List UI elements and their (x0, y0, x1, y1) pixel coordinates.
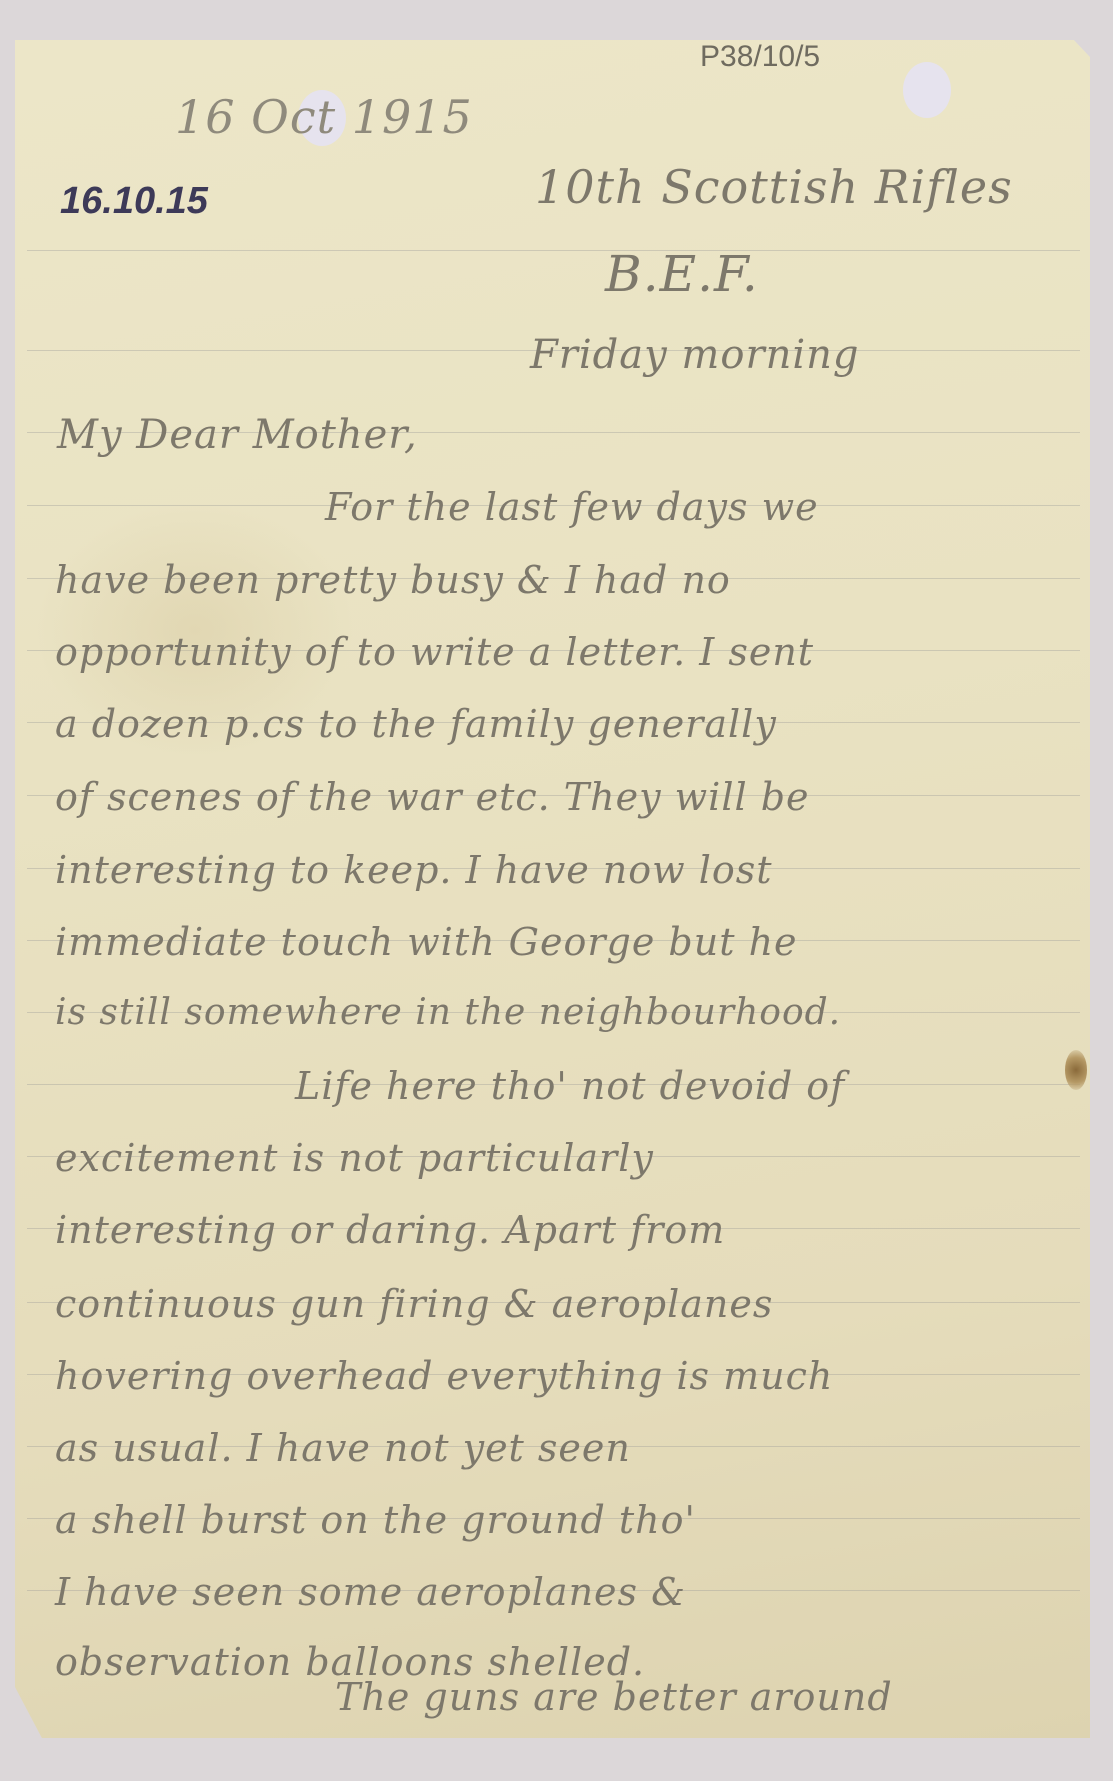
letter-line: I have seen some aeroplanes & (55, 1570, 686, 1614)
pencil-date-annotation: 16 Oct 1915 (175, 90, 473, 144)
letter-line: interesting to keep. I have now lost (55, 848, 773, 892)
letter-line: For the last few days we (325, 485, 819, 529)
letter-unit: 10th Scottish Rifles (535, 160, 1013, 214)
letter-sheet: P38/10/5 16 Oct 1915 16.10.15 10th Scott… (15, 40, 1090, 1738)
salutation: My Dear Mother, (57, 412, 418, 458)
letter-line: The guns are better around (335, 1675, 893, 1719)
letter-day: Friday morning (530, 332, 860, 378)
letter-line: opportunity of to write a letter. I sent (55, 630, 814, 674)
letter-line: excitement is not particularly (55, 1136, 654, 1180)
ink-date-annotation: 16.10.15 (60, 180, 208, 223)
letter-line: as usual. I have not yet seen (55, 1426, 631, 1470)
burn-mark (1065, 1050, 1087, 1090)
letter-line: Life here tho' not devoid of (295, 1064, 845, 1108)
letter-line: have been pretty busy & I had no (55, 558, 731, 602)
letter-line: a shell burst on the ground tho' (55, 1498, 696, 1542)
ruled-line (27, 250, 1080, 251)
letter-line: hovering overhead everything is much (55, 1354, 833, 1398)
letter-line: of scenes of the war etc. They will be (55, 775, 810, 819)
letter-line: a dozen p.cs to the family generally (55, 702, 777, 746)
letter-line: continuous gun firing & aeroplanes (55, 1282, 773, 1326)
letter-location: B.E.F. (605, 245, 759, 303)
letter-line: immediate touch with George but he (55, 920, 798, 964)
archive-reference: P38/10/5 (700, 40, 820, 74)
punch-hole (903, 62, 951, 118)
letter-line: interesting or daring. Apart from (55, 1208, 725, 1252)
letter-line: is still somewhere in the neighbourhood. (55, 992, 841, 1033)
